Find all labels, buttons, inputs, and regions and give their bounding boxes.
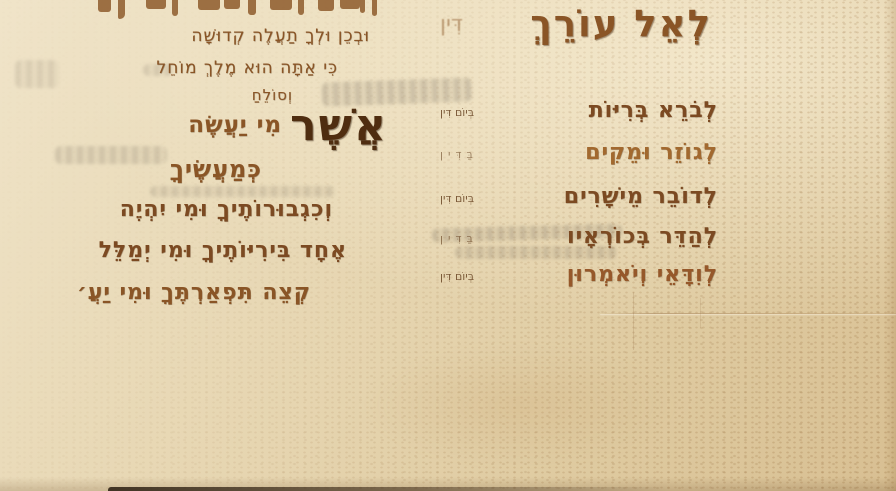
- left-column-line: קְצֵה תִּפְאַרְתֶּךָ וּמִי יַעֲ׳: [77, 280, 311, 305]
- piyyut-line-refrain: בְּיוֹם דִּין: [440, 184, 474, 205]
- piyyut-line-text: לְוִדָּאֵי וְיֹאמְרוּן: [567, 262, 718, 287]
- piyyut-line-text: לְבֹרֵא בְּרִיּוֹת: [589, 98, 718, 123]
- piyyut-line: לְוִדָּאֵי וְיֹאמְרוּן בְּיוֹם דִּין: [440, 262, 718, 287]
- cropped-text-line-fragments: [0, 0, 420, 28]
- intro-line-3: וְסוֹלֵחַ: [252, 86, 293, 104]
- piyyut-line-refrain: בַּדִּין: [440, 224, 478, 245]
- crease-line-horizontal: [600, 313, 896, 314]
- ink-showthrough-smudge: [55, 146, 167, 164]
- page-right-edge-shade: [884, 0, 896, 491]
- crease-line-vertical: [700, 298, 701, 328]
- left-column-line: כְּמַעֲשֶׂיךָ: [170, 155, 262, 183]
- left-column-line: מִי יַעֲשֶׂה: [188, 112, 282, 138]
- piyyut-line-refrain: בְּיוֹם דִּין: [440, 262, 474, 283]
- left-column-line: וְכִגְבוּרוֹתֶיךָ וּמִי יִהְיֶה: [120, 197, 333, 222]
- piyyut-line: לְדוֹבֵר מֵישָׁרִים בְּיוֹם דִּין: [440, 184, 718, 209]
- intro-line-2: כִּי אַתָּה הוּא מֶלֶךְ מוֹחֵל: [157, 58, 338, 78]
- piyyut-heading-tail: דִּין: [440, 12, 463, 37]
- large-initial-word: אֲשֶׁר: [290, 100, 388, 151]
- piyyut-line-refrain: בַּדִּין: [440, 140, 478, 161]
- piyyut-line-refrain: בְּיוֹם דִּין: [440, 98, 474, 119]
- ink-showthrough-smudge: [15, 60, 59, 88]
- page-bottom-shade: [0, 477, 896, 491]
- piyyut-line-text: לְדוֹבֵר מֵישָׁרִים: [564, 184, 718, 209]
- piyyut-line: לְהַדֵּר בְּכוֹרְאָיו בַּדִּין: [440, 224, 718, 249]
- piyyut-line: לְגוֹזֵר וּמֵקִים בַּדִּין: [440, 140, 718, 165]
- piyyut-line-text: לְהַדֵּר בְּכוֹרְאָיו: [567, 224, 718, 249]
- piyyut-heading: לְאֵל עוֹרֵךְ דִּין: [440, 2, 712, 45]
- piyyut-line: לְבֹרֵא בְּרִיּוֹת בְּיוֹם דִּין: [440, 98, 718, 123]
- manuscript-page: וּבְכֵן וּלְךָ תַעֲלֶה קְדוּשָׁה כִּי אַ…: [0, 0, 896, 491]
- piyyut-heading-main: לְאֵל עוֹרֵךְ: [530, 2, 712, 45]
- crease-line-vertical: [633, 292, 634, 350]
- parchment-stain: [300, 320, 740, 490]
- ink-showthrough-smudge: [150, 186, 335, 197]
- intro-line-1: וּבְכֵן וּלְךָ תַעֲלֶה קְדוּשָׁה: [191, 26, 370, 46]
- left-column-line: אֶחָד בִּירִיּוֹתֶיךָ וּמִי יְמַלֵּל: [99, 238, 347, 263]
- piyyut-line-text: לְגוֹזֵר וּמֵקִים: [585, 140, 718, 165]
- page-bottom-edge-line: [108, 487, 668, 491]
